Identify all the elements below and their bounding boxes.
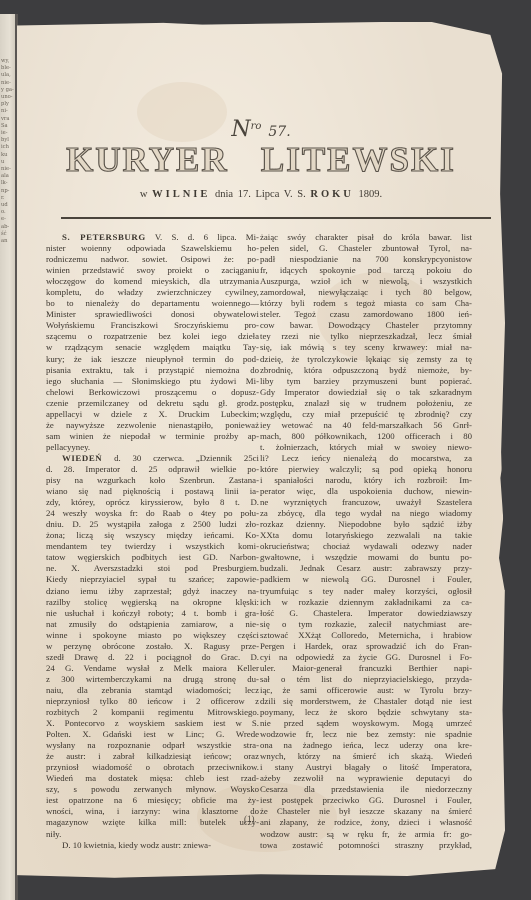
text-line: pisy na wzgurkach koło Szenbrun. Zastana…: [46, 475, 259, 486]
text-line: uler. Maior-generał francuzki Berthier n…: [260, 663, 472, 674]
text-line: iest opatrzone na 6 miesięcy; obficie ma…: [46, 795, 259, 806]
text-line: mach, 800 półkownikach, 1200 officerach …: [260, 431, 472, 442]
text-line: sztować XXżąt Colloredo, Meternicha, i h…: [260, 630, 472, 641]
issue-number-prefix: N: [231, 117, 250, 142]
previous-page-edge: wy, ble- ula, nie- y ga- uno- ply ni- vr…: [0, 14, 16, 900]
text-line: wnych, którzy na śmierć ich skażą. Wiede…: [260, 751, 472, 762]
text-line: iąc, że sami officerowie aust: w Tyrolu …: [260, 685, 472, 696]
right-column-article: żaiąc swóy charakter pisał do króla bawa…: [260, 232, 472, 851]
text-line: zamordował, niewyłączaiąc i tych 80 belg…: [260, 287, 472, 298]
text-line: bo to nienależy do departamentu woienneg…: [46, 298, 259, 309]
text-line: pellacyyney.: [46, 442, 259, 453]
text-line: fr, idących spokoynie pod tarczą pokoiu …: [260, 265, 472, 276]
issue-number-sup: ro: [251, 121, 262, 132]
text-line: Cesarza dla przedstawienia ile niedorzec…: [260, 784, 472, 795]
text-line: postępku, znalazł się w trudnem położeni…: [260, 398, 472, 409]
text-line: pisania extraktu, tak i przystąpić niemo…: [46, 365, 259, 376]
text-line: cyi na odpowiedź za życie GG. Durosnel i…: [260, 652, 472, 663]
text-line: X. Pontecorvo z woyskiem saskiem iest w …: [46, 718, 259, 729]
text-line: winien przedstawić swoy proiekt o zaciąg…: [46, 265, 259, 276]
text-line: włoczęgow do komend mieyskich, dla utrzy…: [46, 276, 259, 287]
text-line: iey wetować na 40 feld-marszałkach 56 Gn…: [260, 420, 472, 431]
dateline-place: WILNIE: [152, 189, 210, 200]
text-line: łość G. Chastelera. Imperator dowiedziaw…: [260, 608, 472, 619]
text-line: nat zmusiły do odstąpienia zamiarow, a n…: [46, 619, 259, 630]
text-line: Wołyńskiemu Franciszkowi Sroczyńskiemu p…: [46, 320, 259, 331]
text-line: którzy byli rodem s tegoż miasta co sam …: [260, 298, 472, 309]
masthead-rule: [61, 217, 491, 219]
title-word-kuryer: KURYER: [66, 140, 228, 180]
text-line: dniu. D. 25 wystąpiła załoga z 2500 ludz…: [46, 519, 259, 530]
text-line: tryumfuiąc s tey nader małey korzyści, o…: [260, 586, 472, 597]
dateline-year: 1809.: [358, 189, 382, 200]
text-line: się o tym rozkazie, zalecił natychmiast …: [260, 619, 472, 630]
text-line: nie przed sądem woyskowym. Mogą umrzeć: [260, 718, 472, 729]
text-line: ona na żadnego ieńca, lecz uderzy ona kr…: [260, 740, 472, 751]
text-line: 24 G. Vendame wysłał z Melk maiora Kelle…: [46, 663, 259, 674]
text-line: d. 28. Imperator d. 25 odprawił wielkie …: [46, 464, 259, 475]
text-line: ani złapany, że rodzice, żony, dzieci i …: [260, 817, 472, 828]
text-line: Minister sprawiedliwości donosi obywatel…: [46, 309, 259, 320]
article-city-heading: WIEDEŃ: [62, 453, 102, 463]
text-line: się, iak mówią s tey sceny krwawey: miał…: [260, 342, 472, 353]
text-line: WIEDEŃ d. 30 czerwca. „Dziennik 25ci: [46, 453, 259, 464]
text-line: wności, wina, i iarzyny: wina klasztorne…: [46, 806, 259, 817]
text-line: ne wyrzniętych francuzow, uważył Szastel…: [260, 497, 472, 508]
title-word-litewski: LITEWSKI: [261, 140, 456, 180]
text-line: wysłany na rozpoznanie odparł wszystkie …: [46, 740, 259, 751]
text-line: że Chasteler nie był ieszcze skazany na …: [260, 806, 472, 817]
issue-number: Nro 57.: [17, 117, 505, 142]
text-line: nister woienny odpowiada Szawelskiemu ho…: [46, 243, 259, 254]
text-line: tatow węgierskich podbitych iest GD. Nar…: [46, 552, 259, 563]
text-line: iest postępek przeciwko GG. Durosnel i F…: [260, 795, 472, 806]
text-line: dziano iemu iżby zaprzestał; gdyż inacze…: [46, 586, 259, 597]
text-line: t. żołnierzach, których miał w swoiey ni…: [260, 442, 472, 453]
text-line: wodzowie fr, lecz nie bez zemsty: nie sp…: [260, 729, 472, 740]
text-line: pełen sidel, G. Chasteler zbuntował Tyro…: [260, 243, 472, 254]
text-line: 24 weszły woyska fr: do Raab o 4tey po p…: [46, 508, 259, 519]
text-line: wiano się nad pięknością i postawą linii…: [46, 486, 259, 497]
text-line: padł niespodzianie na 700 konskrypcyonis…: [260, 254, 472, 265]
text-line: czenie przemilczaney od dekretu sądu gł.…: [46, 398, 259, 409]
text-line: towa zostawić potomności straszny przykł…: [260, 840, 472, 851]
text-line: kury; że iak ieszcze nieupłynoł termin d…: [46, 354, 259, 365]
dateline-year-label: ROKU: [310, 189, 354, 200]
text-line: magazynow wzięte kilka mill: butelek ucz…: [46, 817, 259, 828]
newspaper-title: KURYER LITEWSKI: [17, 140, 505, 180]
text-line: ażeby zezwolił na wyprawienie deputacyi …: [260, 773, 472, 784]
text-line: względu, czy miał przepuścić tę zbrodnię…: [260, 409, 472, 420]
text-line: liby tym barziey przymuszeni bunt popier…: [260, 376, 472, 387]
issue-number-value: 57.: [268, 124, 290, 140]
text-line: szącemu o rozpatrzenie bez kolei iego dz…: [46, 331, 259, 342]
text-line: nieprzyniosł tylko 80 ieńcow i 2 officer…: [46, 696, 259, 707]
dateline: w WILNIE dnia 17. Lipca V. S. ROKU 1809.: [17, 189, 505, 200]
text-line: Gdy Imperator dowiedział się o tak szkar…: [260, 387, 472, 398]
text-line: razilby stolicę węgierską na okropne klę…: [46, 597, 259, 608]
text-line: okrucieństwa; chociaż wydawali odezwy na…: [260, 541, 472, 552]
page-number: (1): [244, 814, 255, 824]
text-line: za zbóycę, dla tego wydał na niego wiado…: [260, 508, 472, 519]
text-line: Polten. X. Gdański iest w Linc; G. Wrede: [46, 729, 259, 740]
text-line: nie usłuchał i kończył roboty; 4 t. bomb…: [46, 608, 259, 619]
text-line: Kiedy nieprzyiaciel sypał tu szańce; zap…: [46, 574, 259, 585]
dateline-date: dnia 17. Lipca V. S.: [215, 189, 306, 200]
text-line: iego słuchania — Słonimskiego ptu żydowi…: [46, 376, 259, 387]
text-line: rozbitych 2 kompanii regimentu Mitrowski…: [46, 707, 259, 718]
article-city-heading: S. PETERSBURG: [62, 232, 146, 242]
text-line: winne i spokoyne miasto po większey częś…: [46, 630, 259, 641]
text-line: XXta domu lotaryńskiego zezwalali na tak…: [260, 530, 472, 541]
left-column-article: S. PETERSBURG V. S. d. 6 lipca. Mi-niste…: [46, 232, 259, 851]
text-line: sał o tém list do nieprzyiacielskiego, p…: [260, 674, 472, 685]
text-line: kompletu, do władzy zwierzchniczey cywil…: [46, 287, 259, 298]
text-line: cow bawar. Dowodzący Chasteler przytomny: [260, 320, 472, 331]
text-line: Auszpurga, wzioł ich w niewolą, i wszyst…: [260, 276, 472, 287]
text-line: gwałtowne, i wszędzie mowami do buntu po…: [260, 552, 472, 563]
text-line: li? Lecz ieńcy nienależą do mocarstwa, z…: [260, 453, 472, 464]
text-line: i spaniałości narodu, który ich rozbroił…: [260, 475, 472, 486]
text-line: D. 10 kwietnia, kiedy wodz austr: zniewa…: [46, 840, 259, 851]
text-line: sam winien że niepodał w terminie prożby…: [46, 431, 259, 442]
text-line: steler. Tegoż czasu zamordowano 1800 ień…: [260, 309, 472, 320]
text-line: że naywyższe zezwolenie nienastąpiło, po…: [46, 420, 259, 431]
text-line: żaiąc swóy charakter pisał do króla bawa…: [260, 232, 472, 243]
text-line: które pierwiey walczyli; są pod opieką h…: [260, 464, 472, 475]
text-line: appellacyi w dziele z X. Druckim Lubecki…: [46, 409, 259, 420]
text-line: Pergen i Hardek, oraz sprowadzić ich do …: [260, 641, 472, 652]
text-line: S. PETERSBURG V. S. d. 6 lipca. Mi-: [46, 232, 259, 243]
text-line: wodzow austr: są w ręku fr, że armia fr:…: [260, 829, 472, 840]
text-line: w perzynę obrócone zostało. X. Ragusy pr…: [46, 641, 259, 652]
text-line: chelowi Berkowiczowi proszącemu o dopusz…: [46, 387, 259, 398]
text-line: tey rzezi nie tylko nieprzeszkadzał, lec…: [260, 331, 472, 342]
text-line: szedł Drawę d. 22 i pociągnoł do Grac. D…: [46, 652, 259, 663]
text-line: w rządzącym senacie względem maiątku Tay…: [46, 342, 259, 353]
text-line: dzieię, że tyrolczykowie lękaiąc się zem…: [260, 354, 472, 365]
text-line: Wiedeń ma dostatek mięsa: chleb iest rza…: [46, 773, 259, 784]
text-line: ne. X. Averszstadzki stoi pod Presburgie…: [46, 563, 259, 574]
text-line: przyniosł wiadomość o obrotach przeciwni…: [46, 762, 259, 773]
text-line: dzili się morderstwem, że Chastaler dotą…: [260, 696, 472, 707]
newspaper-page: Nro 57. KURYER LITEWSKI w WILNIE dnia 17…: [17, 22, 505, 882]
text-line: rodniczemu nadwor. sowiet. Osipowi że: p…: [46, 254, 259, 265]
dateline-place-prefix: w: [140, 189, 148, 200]
text-line: niły.: [46, 829, 259, 840]
text-line: ich w rozkazie dziennym zakładnikami za …: [260, 597, 472, 608]
text-line: z 300 wirtemberczykami na drugą stronę d…: [46, 674, 259, 685]
text-line: perator więc, dla uspokoienia duchow, ni…: [260, 486, 472, 497]
text-line: żona; liczą się wszyscy między ieńcami. …: [46, 530, 259, 541]
text-line: padkiem w niewolą GG. Durosnel i Fouler,: [260, 574, 472, 585]
text-line: że austr: i zabrał kilkadziesiąt ieńcow;…: [46, 751, 259, 762]
text-line: naiu, dla zebrania stamtąd wiadomości; l…: [46, 685, 259, 696]
text-line: szy, s powodu zerwanych młynow. Woysko: [46, 784, 259, 795]
text-line: poymany, lecz że skoro będzie schwytany …: [260, 707, 472, 718]
previous-page-text-fragments: wy, ble- ula, nie- y ga- uno- ply ni- vr…: [0, 14, 16, 245]
text-line: budzali. Jednak Cesarz austr: zabrawszy …: [260, 563, 472, 574]
text-line: zdy, którey, oprócz kiryssierow, było 8 …: [46, 497, 259, 508]
text-line: zbrodnię, która odpuszczoną bydź niemoże…: [260, 365, 472, 376]
text-line: i stany Austryi błagały o litość Imperat…: [260, 762, 472, 773]
text-line: rozkaz dzienny. Niepodobne było sądzić i…: [260, 519, 472, 530]
text-line: mendantem tey twierdzy i wszystkich komi…: [46, 541, 259, 552]
